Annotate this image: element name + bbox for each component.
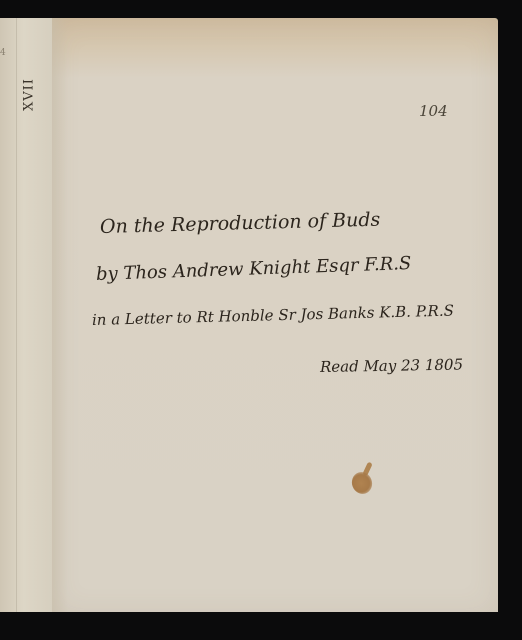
read-date-line: Read May 23 1805 — [320, 356, 463, 376]
addressee-line: in a Letter to Rt Honble Sr Jos Banks K.… — [92, 302, 454, 329]
author-line: by Thos Andrew Knight Esqr F.R.S — [96, 253, 412, 285]
bottom-shadow — [0, 612, 522, 640]
manuscript-scene: 4 XVII 104 On the Reproduction of Buds b… — [0, 0, 522, 640]
manuscript-page: 104 On the Reproduction of Buds by Thos … — [52, 18, 498, 616]
stain-mark — [349, 469, 375, 497]
title-line: On the Reproduction of Buds — [100, 209, 381, 238]
folio-number: 104 — [419, 102, 448, 120]
adjacent-page-edge: 4 XVII — [0, 18, 53, 618]
volume-numeral: XVII — [14, 70, 44, 120]
spine-fragment-text: 4 — [0, 48, 6, 58]
